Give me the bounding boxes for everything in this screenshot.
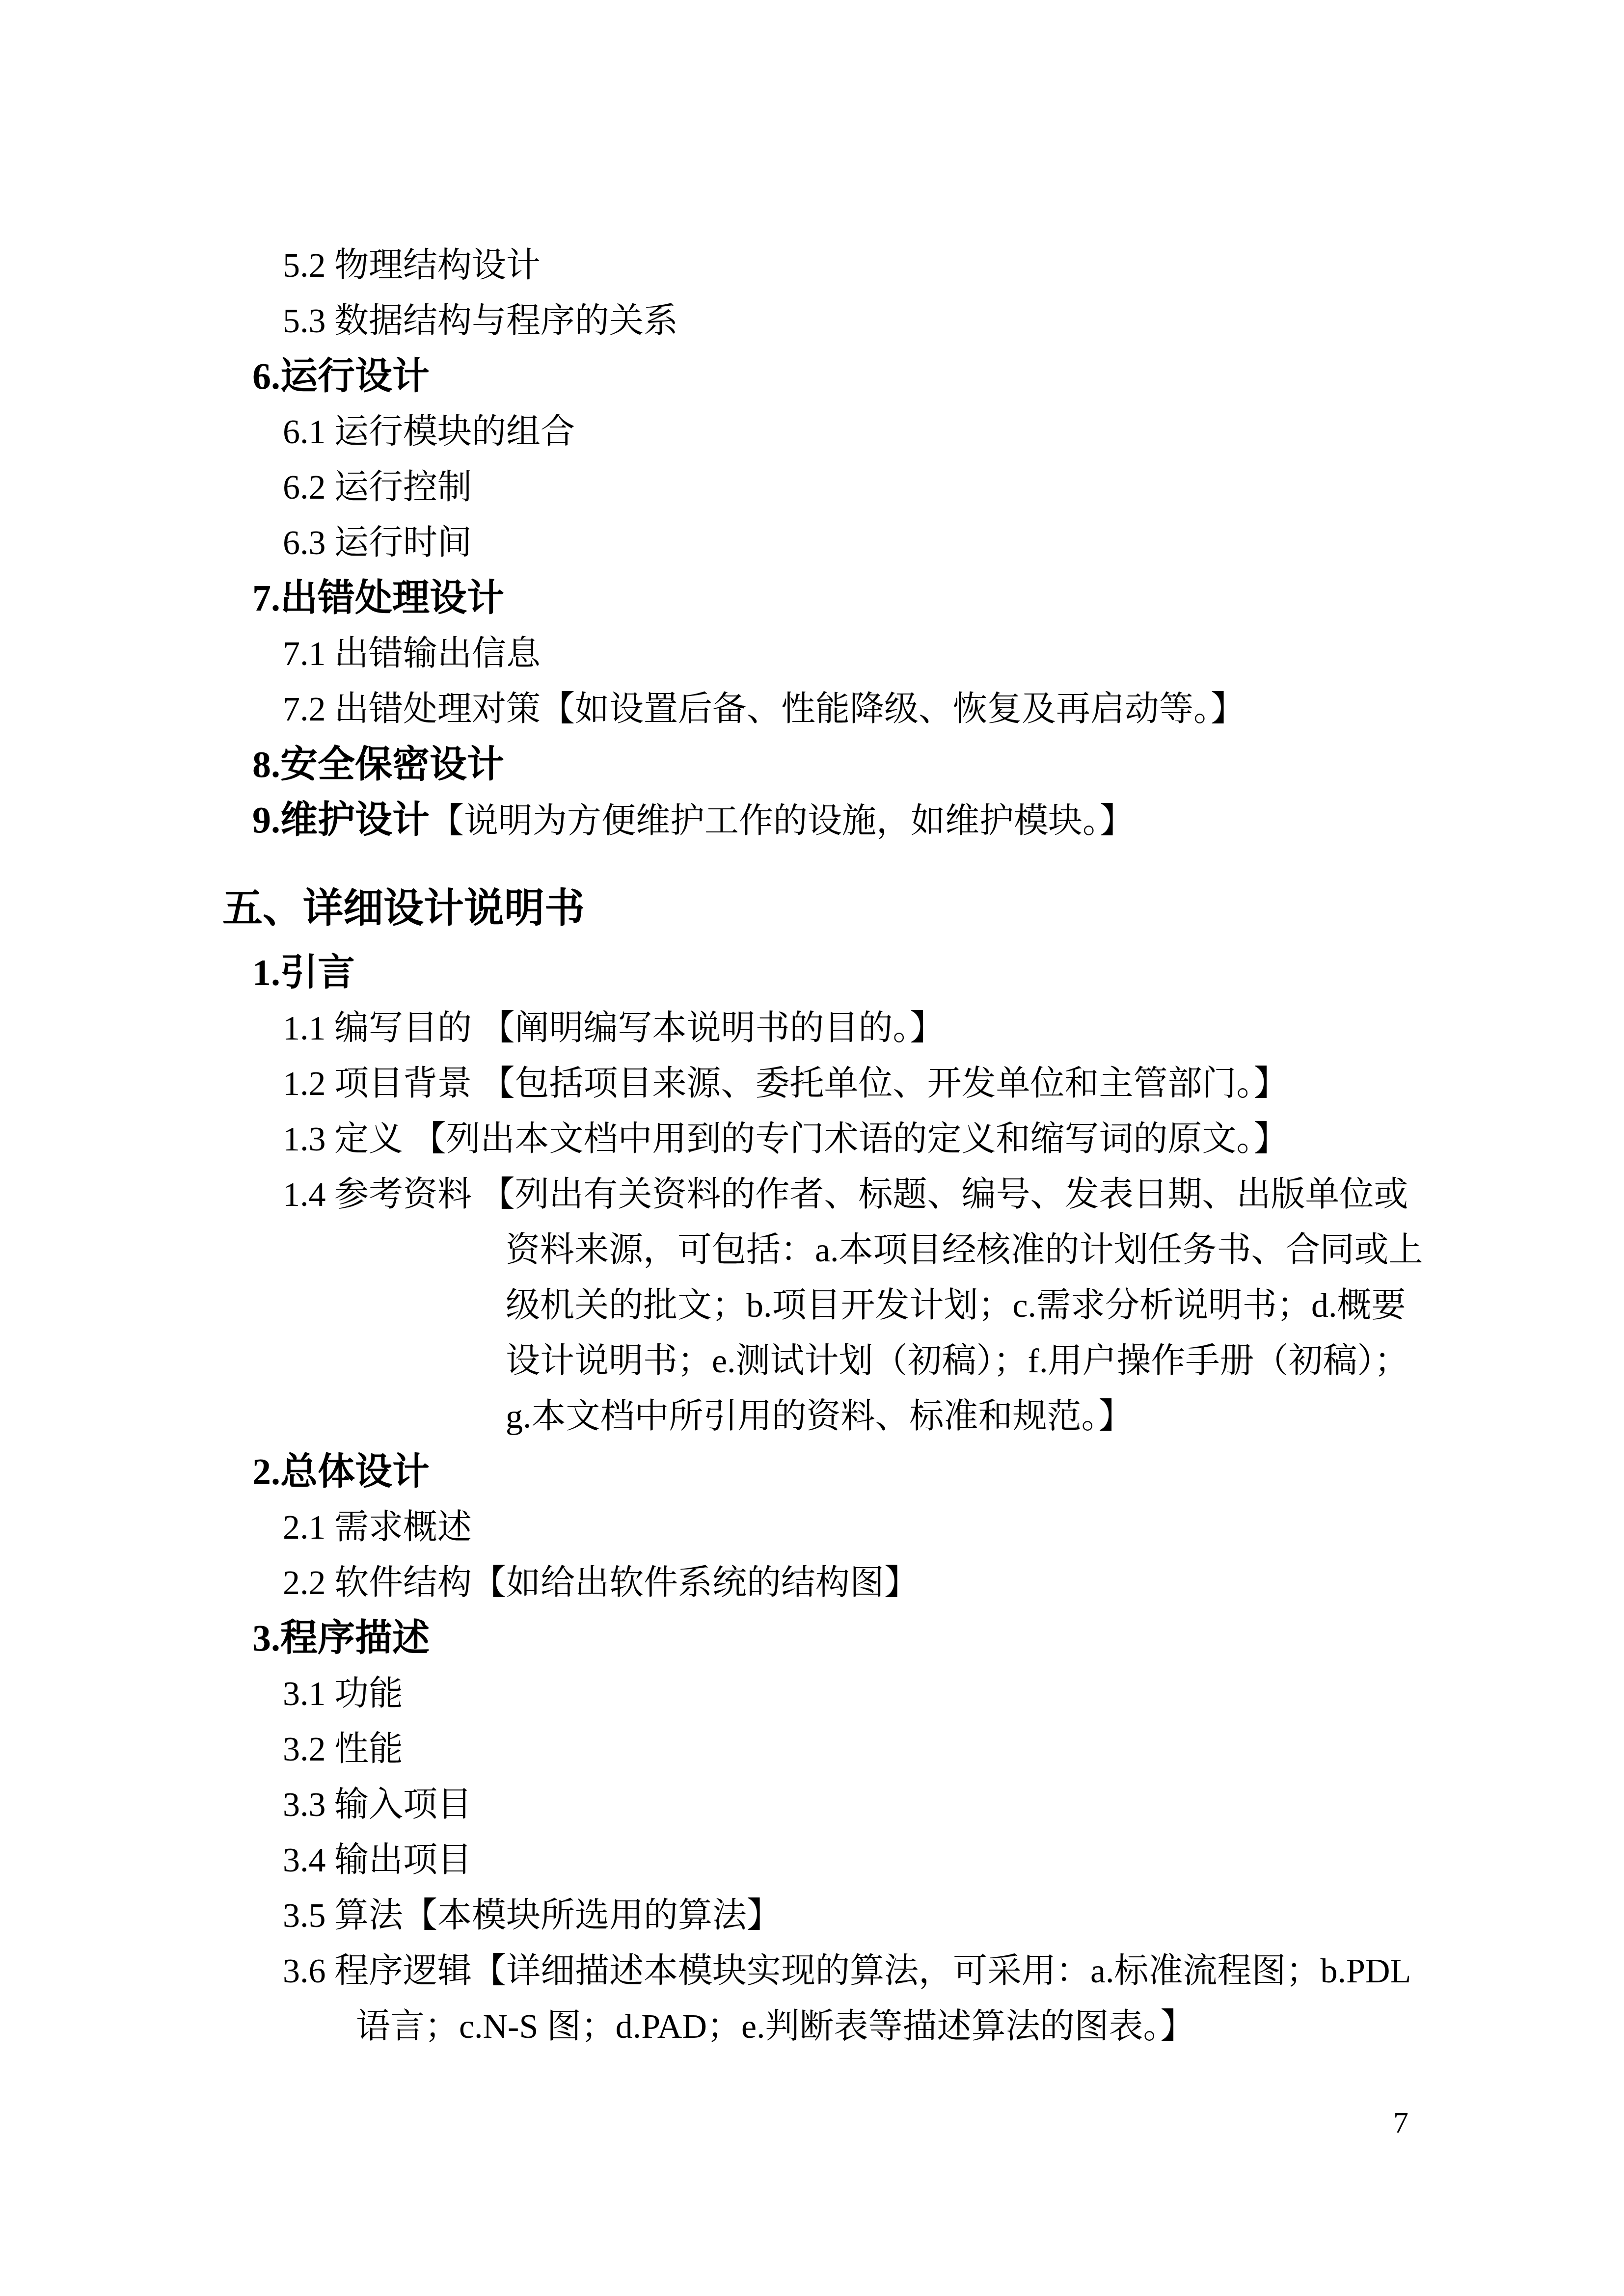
- heading-9: 9.维护设计【说明为方便维护工作的设施，如维护模块。】: [0, 793, 1624, 848]
- line-1-4-cont-2: 级机关的批文；b.项目开发计划；c.需求分析说明书；d.概要: [0, 1278, 1624, 1334]
- line-7-1: 7.1 出错输出信息: [0, 626, 1624, 682]
- line-1-3: 1.3 定义 【列出本文档中用到的专门术语的定义和缩写词的原文。】: [0, 1112, 1624, 1167]
- heading-8: 8.安全保密设计: [0, 737, 1624, 793]
- line-3-6-cont-1: 语言；c.N-S 图；d.PAD；e.判断表等描述算法的图表。】: [0, 1999, 1624, 2055]
- document-content: 5.2 物理结构设计 5.3 数据结构与程序的关系 6.运行设计 6.1 运行模…: [0, 0, 1624, 2055]
- line-2-2: 2.2 软件结构【如给出软件系统的结构图】: [0, 1555, 1624, 1611]
- document-page: 5.2 物理结构设计 5.3 数据结构与程序的关系 6.运行设计 6.1 运行模…: [0, 0, 1624, 2296]
- line-1-1: 1.1 编写目的 【阐明编写本说明书的目的。】: [0, 1001, 1624, 1056]
- heading-2: 2.总体设计: [0, 1444, 1624, 1500]
- page-number: 7: [1393, 2106, 1408, 2140]
- line-1-4-cont-3: 设计说明书；e.测试计划（初稿）；f.用户操作手册（初稿）；: [0, 1334, 1624, 1389]
- line-1-4: 1.4 参考资料 【列出有关资料的作者、标题、编号、发表日期、出版单位或: [0, 1167, 1624, 1223]
- line-3-3: 3.3 输入项目: [0, 1777, 1624, 1833]
- line-5-3: 5.3 数据结构与程序的关系: [0, 294, 1624, 349]
- line-3-4: 3.4 输出项目: [0, 1833, 1624, 1888]
- heading-9-title: 9.维护设计: [252, 800, 430, 841]
- section-heading-detailed-design: 五、详细设计说明书: [0, 872, 1624, 945]
- heading-1: 1.引言: [0, 945, 1624, 1001]
- heading-7: 7.出错处理设计: [0, 571, 1624, 626]
- line-1-4-cont-1: 资料来源，可包括：a.本项目经核准的计划任务书、合同或上: [0, 1223, 1624, 1278]
- line-6-2: 6.2 运行控制: [0, 460, 1624, 515]
- heading-9-note: 【说明为方便维护工作的设施，如维护模块。】: [430, 802, 1134, 840]
- line-3-6: 3.6 程序逻辑【详细描述本模块实现的算法，可采用：a.标准流程图；b.PDL: [0, 1944, 1624, 1999]
- heading-3: 3.程序描述: [0, 1611, 1624, 1666]
- line-1-4-cont-4: g.本文档中所引用的资料、标准和规范。】: [0, 1389, 1624, 1444]
- line-3-1: 3.1 功能: [0, 1666, 1624, 1722]
- line-6-3: 6.3 运行时间: [0, 515, 1624, 571]
- line-5-2: 5.2 物理结构设计: [0, 238, 1624, 294]
- line-2-1: 2.1 需求概述: [0, 1500, 1624, 1555]
- heading-6: 6.运行设计: [0, 349, 1624, 404]
- line-1-2: 1.2 项目背景 【包括项目来源、委托单位、开发单位和主管部门。】: [0, 1056, 1624, 1112]
- line-3-2: 3.2 性能: [0, 1722, 1624, 1777]
- line-6-1: 6.1 运行模块的组合: [0, 404, 1624, 460]
- line-3-5: 3.5 算法【本模块所选用的算法】: [0, 1888, 1624, 1944]
- line-7-2: 7.2 出错处理对策【如设置后备、性能降级、恢复及再启动等。】: [0, 682, 1624, 737]
